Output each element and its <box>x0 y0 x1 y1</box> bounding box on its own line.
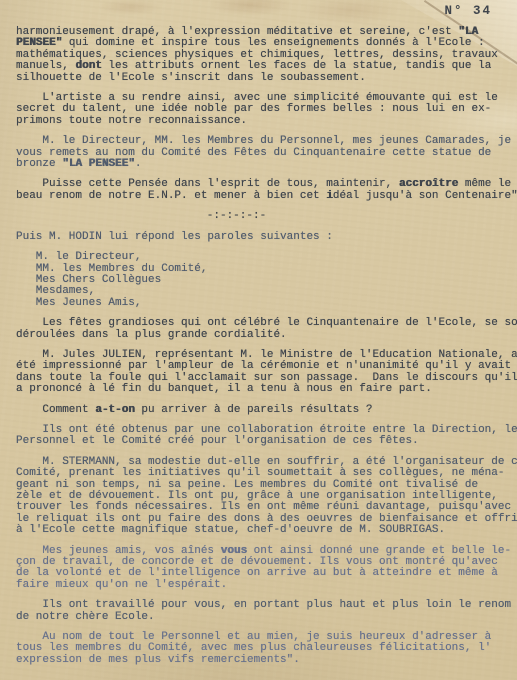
para-artiste: L'artiste a su rendre ainsi, avec une si… <box>16 93 517 127</box>
para-remerciements: Au nom de tout le Personnel et au mien, … <box>16 632 517 666</box>
document-body: harmonieusement drapé, à l'expression mé… <box>16 27 517 675</box>
para-julien: M. Jules JULIEN, représentant M. le Mini… <box>16 350 517 396</box>
separator: -:-:-:-:- <box>16 211 457 222</box>
page-number: N° 34 <box>444 4 492 18</box>
para-travaille: Ils ont travaillé pour vous, en portant … <box>16 600 517 623</box>
para-remise-statue: M. le Directeur, MM. les Membres du Pers… <box>16 136 517 170</box>
salutation-block: M. le Directeur, MM. les Membres du Comi… <box>16 252 517 309</box>
para-stermann: M. STERMANN, sa modestie dut-elle en sou… <box>16 457 517 537</box>
para-la-pensee: harmonieusement drapé, à l'expression mé… <box>16 27 517 84</box>
para-puisse: Puisse cette Pensée dans l'esprit de tou… <box>16 179 517 202</box>
para-comment: Comment a-t-on pu arriver à de pareils r… <box>16 405 517 416</box>
para-collaboration: Ils ont été obtenus par une collaboratio… <box>16 425 517 448</box>
para-jeunes-amis: Mes jeunes amis, vos aînés vous ont ains… <box>16 546 517 592</box>
para-fetes: Les fêtes grandioses qui ont célébré le … <box>16 318 517 341</box>
document-page: N° 34 harmonieusement drapé, à l'express… <box>0 0 517 680</box>
para-hodin: Puis M. HODIN lui répond les paroles sui… <box>16 232 517 243</box>
